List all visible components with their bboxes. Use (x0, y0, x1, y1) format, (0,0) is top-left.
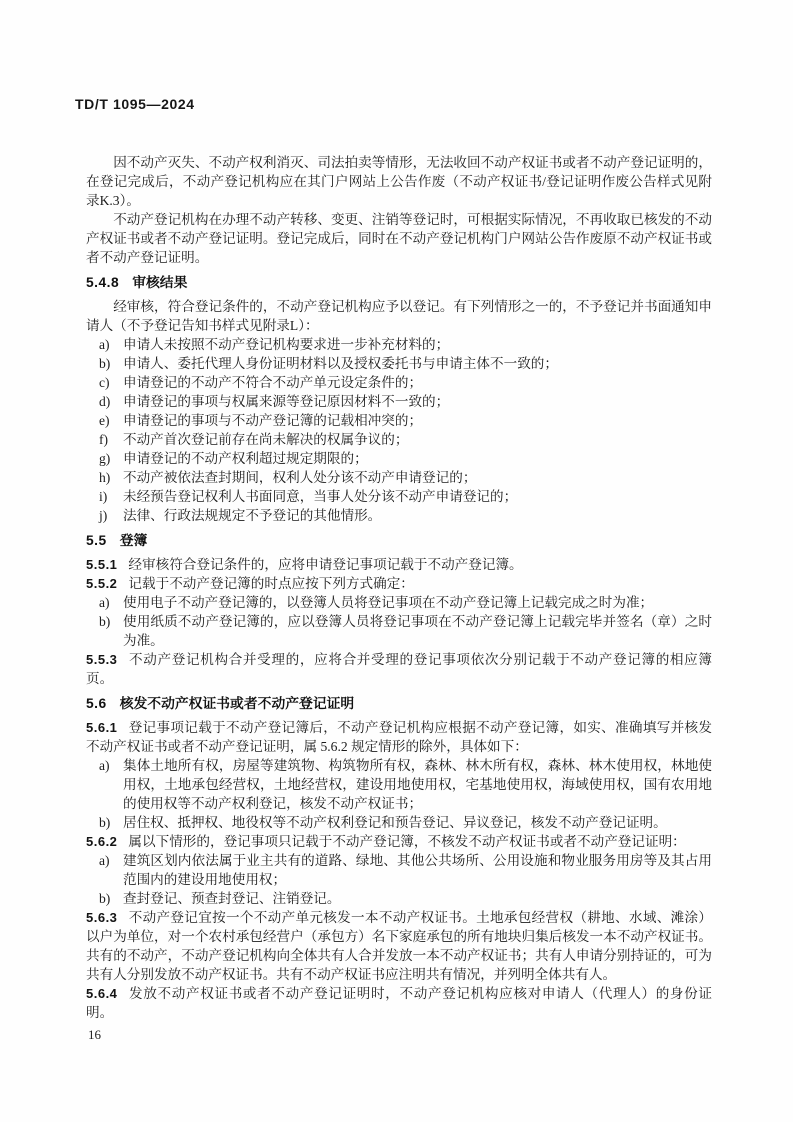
list-item: b)申请人、委托代理人身份证明材料以及授权委托书与申请主体不一致的； (86, 354, 712, 373)
item-label: c) (99, 373, 110, 392)
section-heading-5-4-8: 5.4.8审核结果 (86, 273, 712, 292)
item-label: d) (99, 392, 110, 411)
list-item: b)居住权、抵押权、地役权等不动产权利登记和预告登记、异议登记，核发不动产登记证… (86, 813, 712, 832)
page-content: 因不动产灭失、不动产权利消灭、司法拍卖等情形，无法收回不动产权证书或者不动产登记… (86, 153, 712, 1022)
no-certificate-list: a)建筑区划内依法属于业主共有的道路、绿地、其他公共场所、公用设施和物业服务用房… (86, 851, 712, 908)
item-label: g) (99, 449, 110, 468)
list-item: a)申请人未按照不动产登记机构要求进一步补充材料的； (86, 335, 712, 354)
list-item: b)查封登记、预查封登记、注销登记。 (86, 889, 712, 908)
item-text: 申请登记的事项与不动产登记簿的记载相冲突的； (123, 413, 422, 428)
item-text: 申请人未按照不动产登记机构要求进一步补充材料的； (123, 337, 449, 352)
clause-number: 5.5.2 (86, 576, 117, 591)
paragraph-review-intro: 经审核，符合登记条件的，不动产登记机构应予以登记。有下列情形之一的，不予登记并书… (86, 297, 712, 335)
section-number: 5.5 (86, 533, 107, 548)
list-item: a)建筑区划内依法属于业主共有的道路、绿地、其他公共场所、公用设施和物业服务用房… (86, 851, 712, 889)
item-text: 使用电子不动产登记簿的，以登簿人员将登记事项在不动产登记簿上记载完成之时为准； (123, 595, 653, 610)
list-item: e)申请登记的事项与不动产登记簿的记载相冲突的； (86, 411, 712, 430)
item-text: 使用纸质不动产登记簿的，应以登簿人员将登记事项在不动产登记簿上记载完毕并签名（章… (123, 614, 712, 648)
clause-number: 5.5.1 (86, 557, 117, 572)
list-item: h)不动产被依法查封期间，权利人处分该不动产申请登记的； (86, 468, 712, 487)
document-page: TD/T 1095—2024 因不动产灭失、不动产权利消灭、司法拍卖等情形，无法… (0, 0, 793, 1122)
list-item: d)申请登记的事项与权属来源等登记原因材料不一致的； (86, 392, 712, 411)
item-label: b) (99, 813, 110, 832)
clause-5-5-3: 5.5.3不动产登记机构合并受理的，应将合并受理的登记事项依次分别记载于不动产登… (86, 650, 712, 688)
list-item: g)申请登记的不动产权利超过规定期限的； (86, 449, 712, 468)
clause-text: 不动产登记宜按一个不动产单元核发一本不动产权证书。土地承包经营权（耕地、水域、滩… (86, 910, 712, 982)
clause-number: 5.6.1 (86, 720, 117, 735)
section-number: 5.4.8 (86, 275, 119, 290)
clause-number: 5.6.3 (86, 910, 117, 925)
list-item: a)使用电子不动产登记簿的，以登簿人员将登记事项在不动产登记簿上记载完成之时为准… (86, 593, 712, 612)
list-item: f)不动产首次登记前存在尚未解决的权属争议的； (86, 430, 712, 449)
item-text: 居住权、抵押权、地役权等不动产权利登记和预告登记、异议登记，核发不动产登记证明。 (123, 815, 667, 830)
clause-number: 5.5.3 (86, 652, 117, 667)
list-item: c)申请登记的不动产不符合不动产单元设定条件的； (86, 373, 712, 392)
item-text: 申请登记的不动产不符合不动产单元设定条件的； (123, 375, 422, 390)
item-text: 法律、行政法规规定不予登记的其他情形。 (123, 508, 381, 523)
list-item: i)未经预告登记权利人书面同意，当事人处分该不动产申请登记的； (86, 487, 712, 506)
item-label: h) (99, 468, 110, 487)
certificate-issuance-list: a)集体土地所有权，房屋等建筑物、构筑物所有权，森林、林木所有权，森林、林木使用… (86, 756, 712, 832)
item-text: 建筑区划内依法属于业主共有的道路、绿地、其他公共场所、公用设施和物业服务用房等及… (123, 853, 712, 887)
clause-5-6-1: 5.6.1登记事项记载于不动产登记簿后，不动产登记机构应根据不动产登记簿，如实、… (86, 718, 712, 756)
item-text: 申请登记的不动产权利超过规定期限的； (123, 451, 368, 466)
item-label: b) (99, 354, 110, 373)
clause-5-6-2: 5.6.2属以下情形的，登记事项只记载于不动产登记簿，不核发不动产权证书或者不动… (86, 832, 712, 851)
item-text: 申请人、委托代理人身份证明材料以及授权委托书与申请主体不一致的； (123, 356, 558, 371)
page-number: 16 (88, 1027, 101, 1043)
item-text: 未经预告登记权利人书面同意，当事人处分该不动产申请登记的； (123, 489, 517, 504)
section-heading-5-6: 5.6核发不动产权证书或者不动产登记证明 (86, 694, 712, 713)
item-label: b) (99, 889, 110, 908)
item-label: a) (99, 335, 110, 354)
paragraph-certificate-not-collected: 不动产登记机构在办理不动产转移、变更、注销等登记时，可根据实际情况，不再收取已核… (86, 210, 712, 267)
item-label: a) (99, 593, 110, 612)
item-text: 不动产首次登记前存在尚未解决的权属争议的； (123, 432, 408, 447)
item-label: i) (99, 487, 107, 506)
item-text: 不动产被依法查封期间，权利人处分该不动产申请登记的； (123, 470, 476, 485)
item-label: f) (99, 430, 108, 449)
section-number: 5.6 (86, 696, 107, 711)
clause-5-6-3: 5.6.3不动产登记宜按一个不动产单元核发一本不动产权证书。土地承包经营权（耕地… (86, 908, 712, 984)
clause-5-6-4: 5.6.4发放不动产权证书或者不动产登记证明时，不动产登记机构应核对申请人（代理… (86, 984, 712, 1022)
clause-5-5-1: 5.5.1经审核符合登记条件的，应将申请登记事项记载于不动产登记簿。 (86, 555, 712, 574)
running-header: TD/T 1095—2024 (75, 96, 195, 112)
clause-text: 记载于不动产登记簿的时点应按下列方式确定： (128, 576, 413, 591)
list-item: j)法律、行政法规规定不予登记的其他情形。 (86, 506, 712, 525)
clause-5-5-2: 5.5.2记载于不动产登记簿的时点应按下列方式确定： (86, 574, 712, 593)
item-label: b) (99, 612, 110, 631)
item-text: 申请登记的事项与权属来源等登记原因材料不一致的； (123, 394, 449, 409)
item-label: j) (99, 506, 107, 525)
refusal-conditions-list: a)申请人未按照不动产登记机构要求进一步补充材料的； b)申请人、委托代理人身份… (86, 335, 712, 525)
list-item: a)集体土地所有权，房屋等建筑物、构筑物所有权，森林、林木所有权，森林、林木使用… (86, 756, 712, 813)
item-text: 查封登记、预查封登记、注销登记。 (123, 891, 341, 906)
registry-record-time-list: a)使用电子不动产登记簿的，以登簿人员将登记事项在不动产登记簿上记载完成之时为准… (86, 593, 712, 650)
clause-text: 发放不动产权证书或者不动产登记证明时，不动产登记机构应核对申请人（代理人）的身份… (86, 986, 712, 1020)
item-label: a) (99, 851, 110, 870)
item-label: e) (99, 411, 110, 430)
clause-text: 不动产登记机构合并受理的，应将合并受理的登记事项依次分别记载于不动产登记簿的相应… (86, 652, 712, 686)
paragraph-certificate-void-notice: 因不动产灭失、不动产权利消灭、司法拍卖等情形，无法收回不动产权证书或者不动产登记… (86, 153, 712, 210)
clause-number: 5.6.4 (86, 986, 117, 1001)
clause-text: 经审核符合登记条件的，应将申请登记事项记载于不动产登记簿。 (128, 557, 522, 572)
clause-number: 5.6.2 (86, 834, 117, 849)
section-title: 核发不动产权证书或者不动产登记证明 (120, 696, 355, 711)
section-title: 审核结果 (132, 275, 187, 290)
section-heading-5-5: 5.5登簿 (86, 531, 712, 550)
clause-text: 属以下情形的，登记事项只记载于不动产登记簿，不核发不动产权证书或者不动产登记证明… (128, 834, 685, 849)
item-text: 集体土地所有权，房屋等建筑物、构筑物所有权，森林、林木所有权，森林、林木使用权，… (123, 758, 712, 811)
list-item: b)使用纸质不动产登记簿的，应以登簿人员将登记事项在不动产登记簿上记载完毕并签名… (86, 612, 712, 650)
clause-text: 登记事项记载于不动产登记簿后，不动产登记机构应根据不动产登记簿，如实、准确填写并… (86, 720, 712, 754)
item-label: a) (99, 756, 110, 775)
section-title: 登簿 (120, 533, 148, 548)
